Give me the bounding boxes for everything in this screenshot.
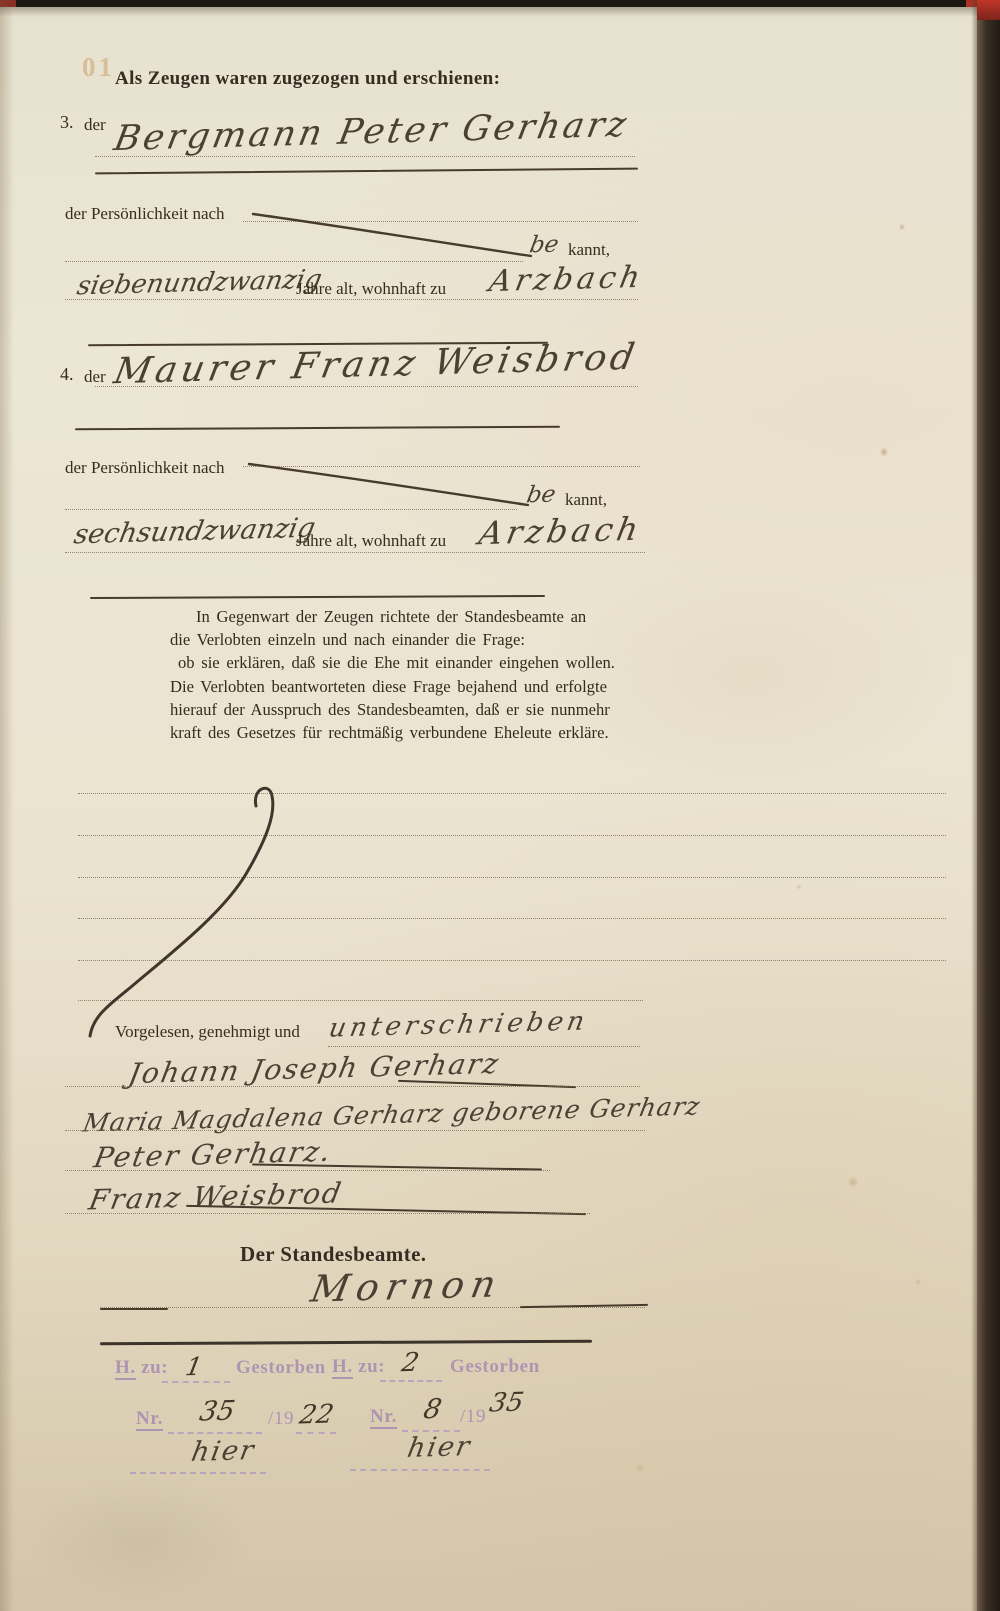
stamp-right-value-handwritten: 2 xyxy=(399,1348,421,1378)
witness4-age-handwritten: sechsundzwanzig xyxy=(71,513,317,551)
witness3-name-handwritten: Bergmann Peter Gerharz xyxy=(111,105,632,159)
stamp-left-year-handwritten: 22 xyxy=(297,1400,336,1431)
registrar-signature: Mornon xyxy=(308,1262,507,1310)
declaration-line: hierauf der Ausspruch des Standesbeamten… xyxy=(170,698,638,721)
registry-document-page: 01 Als Zeugen waren zugezogen und erschi… xyxy=(0,0,1000,1611)
stamp-left-h-zu: H. zu: xyxy=(115,1357,168,1379)
signature-1: Johann Joseph Gerharz xyxy=(126,1047,503,1090)
witness4-age-label: Jahre alt, wohnhaft zu xyxy=(296,531,446,551)
page-right-edge-shadow xyxy=(971,0,977,1611)
stamp-right-nr-text: Nr. xyxy=(370,1406,397,1429)
witness3-number: 3. xyxy=(60,112,74,133)
stamp-right-nr-value-handwritten: 8 xyxy=(421,1394,444,1425)
stamp-left-place-handwritten: hier xyxy=(189,1435,258,1468)
stamp-left-nr-text: Nr. xyxy=(136,1408,163,1431)
blank-filler-stroke-2 xyxy=(249,464,528,505)
stamp-left-zu-label: zu: xyxy=(141,1357,168,1378)
registrar-title: Der Standesbeamte. xyxy=(240,1242,426,1267)
witness4-kannt-label: kannt, xyxy=(565,490,607,510)
marriage-declaration-paragraph: In Gegenwart der Zeugen richtete der Sta… xyxy=(170,605,638,744)
witness3-be-handwritten: be xyxy=(528,232,561,259)
stamp-left-h-label: H. xyxy=(115,1357,136,1380)
book-top-shadow xyxy=(0,7,1000,17)
closing-printed-label: Vorgelesen, genehmigt und xyxy=(115,1022,300,1042)
stamp-right-place-handwritten: hier xyxy=(405,1431,474,1464)
page-left-edge-shadow xyxy=(0,0,14,1611)
stamp-right-h-zu: H. zu: xyxy=(332,1356,385,1378)
witnesses-header: Als Zeugen waren zugezogen und erschiene… xyxy=(115,68,500,90)
stamp-left-year-prefix: /19 xyxy=(268,1408,294,1430)
declaration-line: die Verlobten einzeln und nach einander … xyxy=(170,628,638,651)
declaration-line: Die Verlobten beantworteten diese Frage … xyxy=(170,675,638,698)
stamp-left-nr-label: Nr. xyxy=(136,1408,163,1430)
stamp-left-value-handwritten: 1 xyxy=(183,1352,204,1381)
stamp-left-gestorben-label: Gestorben xyxy=(236,1357,326,1379)
book-top-edge xyxy=(0,0,1000,7)
signature-4: Franz Weisbrod xyxy=(86,1176,345,1216)
witness4-identity-label: der Persönlichkeit nach xyxy=(65,458,225,478)
declaration-line: kraft des Gesetzes für rechtmäßig verbun… xyxy=(170,721,638,744)
witness4-number: 4. xyxy=(60,364,74,385)
witness3-age-handwritten: siebenundzwanzig xyxy=(75,265,325,302)
signature-3: Peter Gerharz. xyxy=(91,1135,335,1175)
stamp-right-year-prefix: /19 xyxy=(460,1406,486,1428)
stamp-right-year-handwritten: 35 xyxy=(487,1388,526,1419)
stamp-right-h-label: H. xyxy=(332,1356,353,1379)
witness3-kannt-label: kannt, xyxy=(568,240,610,260)
stamp-right-gestorben-label: Gestorben xyxy=(450,1356,540,1378)
closing-handwritten-word: unterschrieben xyxy=(327,1006,591,1043)
faint-page-number-stamp: 01 xyxy=(82,52,115,83)
book-right-binding-red-marble xyxy=(977,0,1000,20)
book-right-binding xyxy=(977,0,1000,1611)
witness4-article: der xyxy=(84,367,106,387)
witness3-article: der xyxy=(84,115,106,135)
stamp-left-nr-value-handwritten: 35 xyxy=(197,1396,237,1428)
witness4-residence-handwritten: Arzbach xyxy=(476,510,645,552)
cancellation-flourish xyxy=(90,788,273,1036)
witness3-residence-handwritten: Arzbach xyxy=(486,260,646,299)
witness3-identity-label: der Persönlichkeit nach xyxy=(65,204,225,224)
declaration-line: ob sie erklären, daß sie die Ehe mit ein… xyxy=(170,651,638,674)
witness3-age-label: Jahre alt, wohnhaft zu xyxy=(296,279,446,299)
declaration-line: In Gegenwart der Zeugen richtete der Sta… xyxy=(170,605,638,628)
witness4-be-handwritten: be xyxy=(525,482,558,509)
stamp-right-nr-label: Nr. xyxy=(370,1406,397,1428)
stamp-right-zu-label: zu: xyxy=(358,1356,385,1377)
